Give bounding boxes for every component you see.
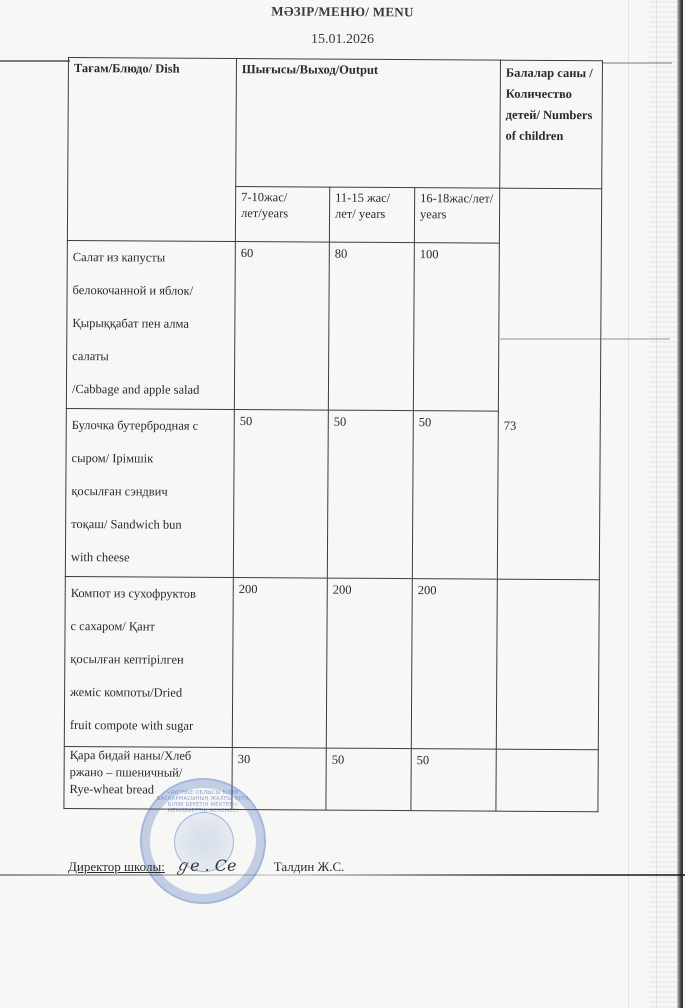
output-11-15: 50 (327, 410, 413, 579)
output-11-15: 200 (326, 578, 412, 749)
scan-artifact (628, 0, 629, 1008)
stamp-text: «АҚТӨБЕ ОБЛЫСЫ БІЛІМ БАСҚАРМАСЫНЫҢ ЖАЛПЫ… (150, 790, 256, 814)
table-row: Қара бидай наны/Хлебржано – пшеничный/Ry… (64, 746, 598, 811)
official-seal-stamp: «АҚТӨБЕ ОБЛЫСЫ БІЛІМ БАСҚАРМАСЫНЫҢ ЖАЛПЫ… (140, 778, 266, 904)
children-empty-cell (496, 749, 598, 812)
dish-name-line: жеміс компоты/Dried (70, 676, 227, 710)
dish-name: Компот из сухофруктовс сахаром/ Қантқосы… (64, 576, 233, 747)
header-dish: Тағам/Блюдо/ Dish (67, 58, 236, 242)
output-11-15: 50 (326, 748, 411, 811)
dish-name: Булочка бутербродная ссыром/ Ірімшікқосы… (65, 408, 234, 577)
dish-name-line: /Cabbage and apple salad (72, 373, 229, 407)
header-children: Балалар саны /Количество детей/ Numbers … (500, 60, 603, 189)
dish-name-line: белокочанной и яблок/ (72, 274, 229, 308)
menu-table: Тағам/Блюдо/ Dish Шығысы/Выход/Output Ба… (63, 57, 603, 812)
age-group-16-18: 16-18жас/лет/ years (414, 188, 499, 244)
output-7-10: 60 (234, 242, 329, 411)
dish-name-line: Салат из капусты (73, 241, 230, 275)
scan-artifact (649, 0, 677, 1008)
output-11-15: 80 (328, 242, 414, 411)
dish-name-line: with cheese (71, 541, 228, 575)
dish-name-line: Булочка бутербродная с (72, 409, 229, 443)
children-count: 73 (497, 188, 601, 580)
signature-label: Директор школы: (68, 859, 165, 874)
dish-name-line: Қара бидай наны/Хлеб (70, 747, 227, 765)
table-header-row: Тағам/Блюдо/ Dish Шығысы/Выход/Output Ба… (68, 58, 603, 189)
scan-streak (0, 60, 70, 62)
output-16-18: 200 (411, 579, 497, 750)
dish-name-line: қосылған кептірілген (70, 643, 227, 677)
age-group-7-10: 7-10жас/лет/years (235, 187, 329, 243)
dish-name-line: салаты (72, 340, 229, 374)
table-row: Компот из сухофруктовс сахаром/ Қантқосы… (64, 576, 599, 749)
output-7-10: 200 (232, 578, 327, 749)
scan-streak (602, 62, 672, 64)
signature-block: Директор школы: ℊe . Ce Талдин Ж.С. (68, 853, 344, 876)
output-16-18: 50 (411, 749, 496, 812)
document-title: МӘЗІР/МЕНЮ/ MENU (0, 2, 685, 23)
dish-name-line: Компот из сухофруктов (71, 577, 228, 611)
output-7-10: 50 (233, 410, 328, 579)
dish-name-line: с сахаром/ Қант (70, 610, 227, 644)
document-date: 15.01.2026 (0, 32, 685, 48)
dish-name-line: тоқаш/ Sandwich bun (71, 508, 228, 542)
dish-name-line: fruit compote with sugar (70, 709, 227, 743)
age-group-11-15: 11-15 жас/лет/ years (329, 187, 414, 243)
director-name: Талдин Ж.С. (274, 859, 345, 874)
dish-name-line: қосылған сэндвич (71, 475, 228, 509)
dish-name-line: сыром/ Ірімшік (71, 442, 228, 476)
dish-name-line: Қырыққабат пен алма (72, 307, 229, 341)
output-16-18: 100 (413, 243, 499, 412)
handwritten-signature: ℊe . Ce (174, 853, 236, 876)
header-output: Шығысы/Выход/Output (236, 59, 501, 189)
page-edge (677, 0, 683, 1008)
output-16-18: 50 (412, 411, 498, 580)
dish-name: Салат из капустыбелокочанной и яблок/Қыр… (66, 240, 235, 409)
children-empty-cell (496, 579, 599, 750)
